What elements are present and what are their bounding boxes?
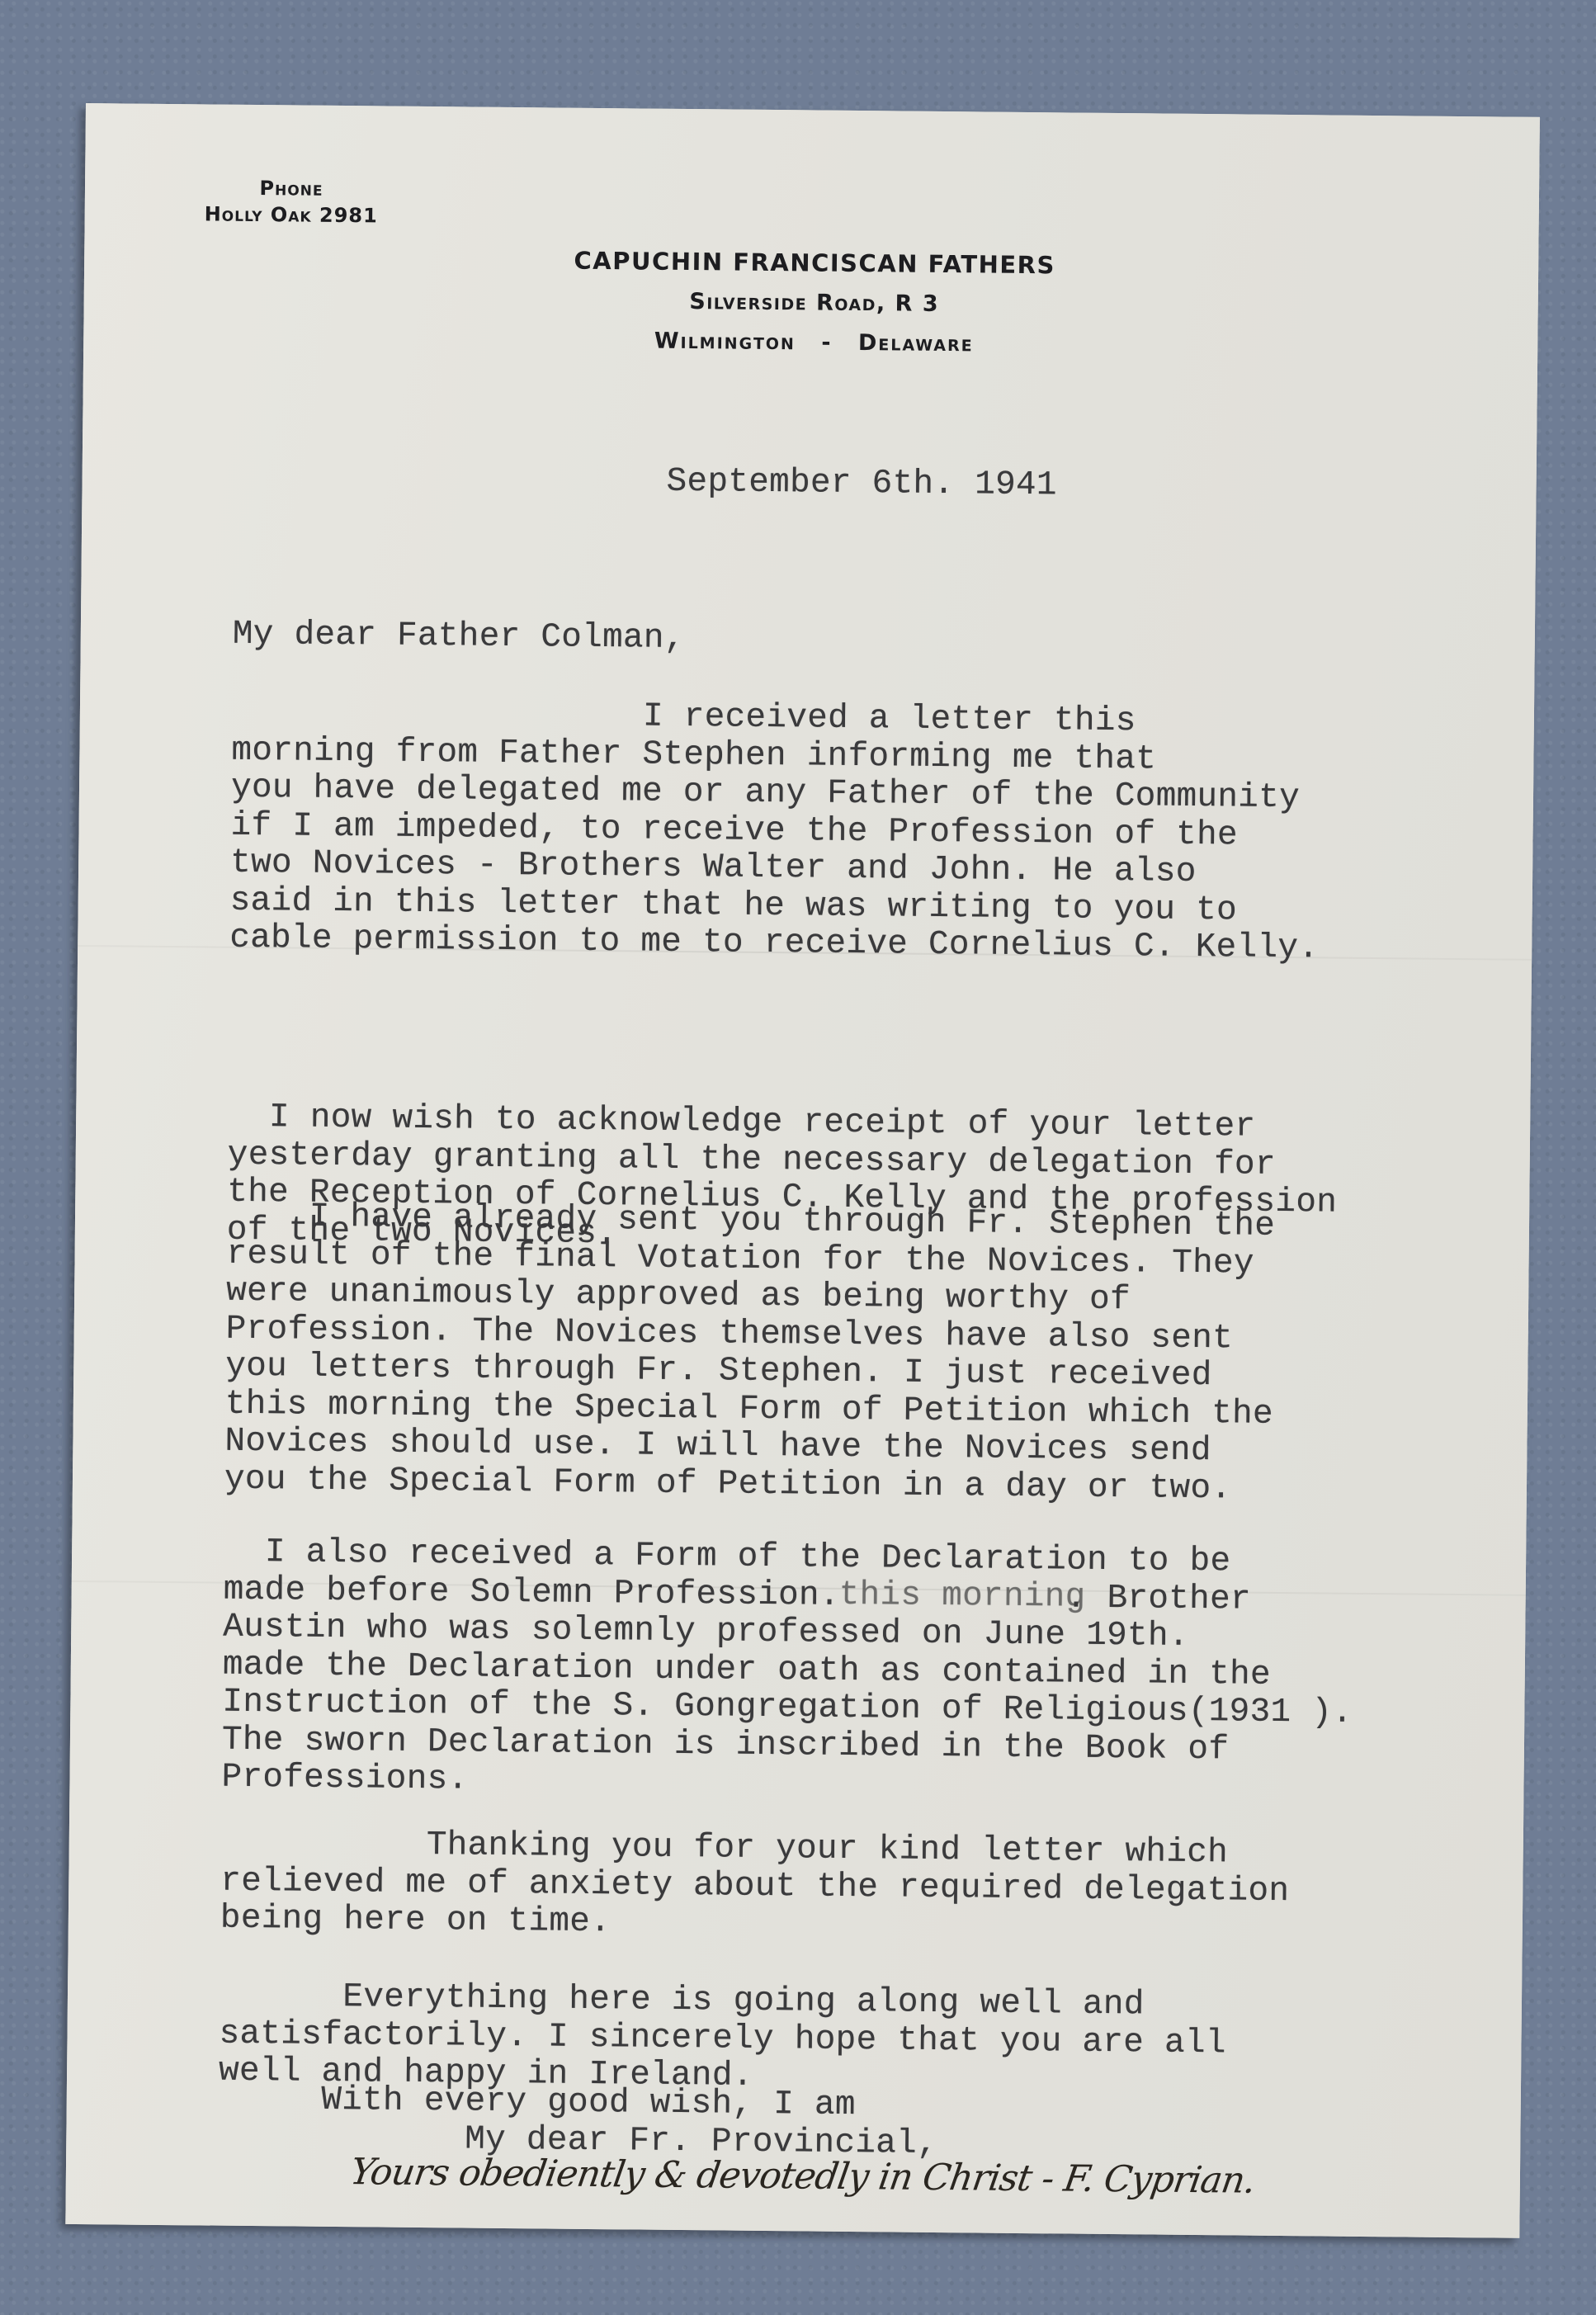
salutation: My dear Father Colman, xyxy=(233,617,685,659)
closing: With every good wish, I am My dear Fr. P… xyxy=(218,2081,937,2163)
letter-sheet: Phone Holly Oak 2981 CAPUCHIN FRANCISCAN… xyxy=(65,103,1540,2238)
text-line: Professions. xyxy=(221,1759,468,1799)
paragraph-5: Thanking you for your kind letter which … xyxy=(220,1826,1290,1949)
handwritten-signature: Yours obediently & devotedly in Christ -… xyxy=(347,2151,1258,2201)
letterhead-phone: Phone Holly Oak 2981 xyxy=(184,174,399,229)
organization-address: Silverside Road, R 3 xyxy=(512,281,1115,326)
closing-line: With every good wish, I am xyxy=(219,2081,856,2124)
paragraph-3: I have already sent you through Fr. Step… xyxy=(224,1198,1276,1509)
phone-number: Holly Oak 2981 xyxy=(184,201,399,229)
letterhead-organization: CAPUCHIN FRANCISCAN FATHERS Silverside R… xyxy=(512,239,1116,366)
organization-name: CAPUCHIN FRANCISCAN FATHERS xyxy=(513,239,1116,286)
paragraph-4: I also received a Form of the Declaratio… xyxy=(221,1534,1354,1808)
erased-text: this morning xyxy=(838,1577,1085,1617)
paragraph-1: I received a letter this morning from Fa… xyxy=(229,695,1321,968)
phone-label: Phone xyxy=(184,174,399,202)
letter-date: September 6th. 1941 xyxy=(666,464,1057,505)
text-line: being here on time. xyxy=(220,1900,611,1942)
organization-city-state: Wilmington - Delaware xyxy=(512,320,1115,366)
